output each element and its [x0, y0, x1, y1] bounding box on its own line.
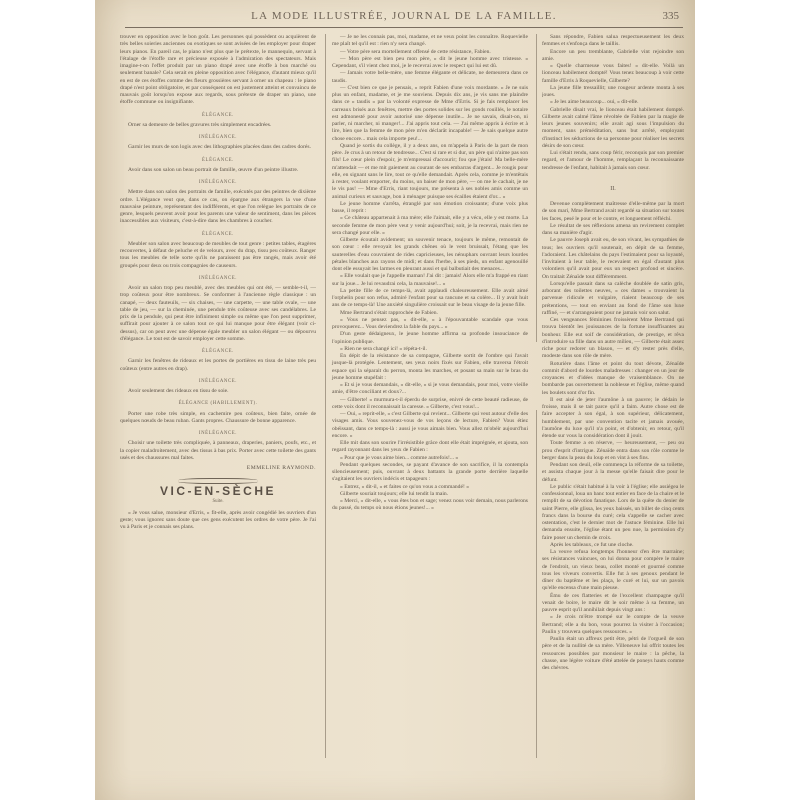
paragraph: Toute femme a en réserve, — heureusement…	[542, 440, 684, 462]
column-divider	[536, 34, 537, 342]
paragraph: Ces vengeances féminines froissèrent Mme…	[542, 317, 684, 361]
paragraph: Gilberte souriait toujours; elle lui ten…	[332, 491, 528, 498]
story-subtitle: Suite.	[120, 498, 316, 505]
paragraph: — Votre père sera mortellement offensé d…	[332, 49, 528, 56]
paragraph: Le public s'était habitué à la voir à l'…	[542, 484, 684, 542]
section-label: ÉLÉGANCE.	[120, 231, 316, 238]
paragraph: « Je crois m'être trompé sur le compte d…	[542, 614, 684, 636]
paragraph: trouver en opposition avec le bon goût. …	[120, 34, 316, 107]
section-label: ÉLÉGANCE.	[120, 157, 316, 164]
paragraph: Mme Bertrand s'était rapprochée de Fabie…	[332, 310, 528, 317]
paragraph: Garnir les fenêtres de rideaux et les po…	[120, 358, 316, 373]
page-number: 335	[663, 10, 680, 22]
paragraph: Porter une robe très simple, en cachemir…	[120, 411, 316, 426]
paragraph: Choisir une toilette très compliquée, à …	[120, 440, 316, 462]
header-rule	[125, 27, 683, 28]
paragraph: « Rien ne sera changé ici! » répéta-t-il…	[332, 346, 528, 353]
paragraph: — Gilberte! » murmura-t-il éperdu de sur…	[332, 397, 528, 412]
author-signature: EMMELINE RAYMOND.	[120, 465, 316, 472]
paragraph: Gabrielle disait vrai, le lionceau était…	[542, 107, 684, 151]
column-divider	[536, 410, 537, 758]
paragraph: Encore un peu tremblante, Gabrielle vint…	[542, 49, 684, 64]
section-label: ÉLÉGANCE.	[120, 348, 316, 355]
paragraph: Le jeune homme s'arrêta, étranglé par so…	[332, 201, 528, 216]
chapter-text: Devenue complètement maîtresse d'elle-mê…	[542, 201, 684, 672]
paragraph: — Oui, » reprit-elle, « c'est Gilberte q…	[332, 411, 528, 440]
paragraph: Elle mit dans son sourire l'irrésistible…	[332, 440, 528, 455]
paragraph: « Merci, » dit-elle, « vous êtes bon et …	[332, 498, 528, 513]
paragraph: Orner sa demeure de belles gravures très…	[120, 122, 316, 129]
paragraph: Pendant quelques secondes, se payant d'a…	[332, 462, 528, 484]
paragraph: Garnir les murs de son logis avec des li…	[120, 144, 316, 151]
paragraph: La veuve refusa longtemps l'honneur d'en…	[542, 549, 684, 593]
paragraph: « Entrez, » dit-il, « et faites ce qu'on…	[332, 484, 528, 491]
paragraph: — Mon père est bien peu mon père, » dit …	[332, 56, 528, 71]
paragraph: Sans répondre, Fabien salua respectueuse…	[542, 34, 684, 49]
paragraph: Quand je sortis du collège, il y a deux …	[332, 143, 528, 201]
paragraph: Devenue complètement maîtresse d'elle-mê…	[542, 201, 684, 223]
paragraph: Mettre dans son salon des portraits de f…	[120, 189, 316, 225]
section-label: INÉLÉGANCE.	[120, 134, 316, 141]
paragraph: Lorsqu'elle passait dans sa calèche doub…	[542, 281, 684, 317]
section-label: INÉLÉGANCE.	[120, 179, 316, 186]
paragraph: — Jamais votre belle-mère, une femme élé…	[332, 70, 528, 85]
paragraph: — C'est bien ce que je pensais, » reprit…	[332, 85, 528, 143]
chapter-number: II.	[542, 186, 684, 193]
paragraph: La jeune fille tressaillit; une rougeur …	[542, 85, 684, 100]
column-divider	[325, 34, 326, 758]
paragraph: « Ce château appartenait à ma mère; elle…	[332, 215, 528, 237]
paragraph: « Et si je vous demandais, » dit-elle, «…	[332, 382, 528, 397]
paragraph: Le pauvre Joseph avait eu, de son vivant…	[542, 237, 684, 281]
paragraph: — Je ne les connais pas, moi, madame, et…	[332, 34, 528, 49]
paragraph: Paulin était un affreux petit être, pétr…	[542, 636, 684, 672]
paragraph: Avoir dans son salon un beau portrait de…	[120, 167, 316, 174]
paragraph: « Vous ne pensez pas, » dit-elle, « à l'…	[332, 317, 528, 332]
paragraph: La petite fille de ce temps-là, avait ap…	[332, 288, 528, 310]
column-2: — Je ne les connais pas, moi, madame, et…	[332, 34, 528, 513]
column-3: Sans répondre, Fabien salua respectueuse…	[542, 34, 684, 672]
section-label: INÉLÉGANCE.	[120, 378, 316, 385]
section-label: INÉLÉGANCE.	[120, 430, 316, 437]
paragraph: Après les tableaux, ce fut une cloche.	[542, 542, 684, 549]
paragraph: Ému de ces flatteries et de l'excellent …	[542, 593, 684, 615]
paragraph: Avoir un salon trop peu meublé, avec des…	[120, 285, 316, 343]
story-title: VIC-EN-SÈCHE	[120, 488, 316, 495]
section-label: ÉLÉGANCE.	[120, 112, 316, 119]
paragraph: Il est aisé de jeter l'aumône à un pauvr…	[542, 397, 684, 441]
column-1: trouver en opposition avec le bon goût. …	[120, 34, 316, 532]
paragraph: Avoir seulement des rideaux en tissu de …	[120, 388, 316, 395]
paragraph: « Quelle charmeuse vous faites! » dit-el…	[542, 63, 684, 85]
paragraph: Le résultat de ses réflexions amena un r…	[542, 223, 684, 238]
running-title: LA MODE ILLUSTRÉE, JOURNAL DE LA FAMILLE…	[125, 10, 683, 24]
paragraph: Pendant son deuil, elle commença la réfo…	[542, 462, 684, 484]
magazine-page: LA MODE ILLUSTRÉE, JOURNAL DE LA FAMILLE…	[95, 0, 695, 800]
paragraph: « Elle voulait que je l'appelle maman! J…	[332, 273, 528, 288]
paragraph: Roturière dans l'âme et point du tout dé…	[542, 361, 684, 397]
section-label: ÉLÉGANCE (HABILLEMENT).	[120, 400, 316, 407]
etiquette-sections: ÉLÉGANCE.Orner sa demeure de belles grav…	[120, 112, 316, 463]
paragraph: D'un geste dédaigneux, le jeune homme af…	[332, 331, 528, 346]
paragraph: Gilberte écoutait avidement; un souvenir…	[332, 237, 528, 273]
paragraph: « Je les aime beaucoup... oui, » dit-ell…	[542, 99, 684, 106]
paragraph: « Je vous salue, monsieur d'Erris, » fit…	[120, 510, 316, 532]
paragraph: « Pour que je vous aime bien... comme au…	[332, 455, 528, 462]
section-label: INÉLÉGANCE.	[120, 275, 316, 282]
story-continuation: Sans répondre, Fabien salua respectueuse…	[542, 34, 684, 172]
paragraph: Lui s'était rendu, sans coup férir, reco…	[542, 150, 684, 172]
paragraph: Meubler son salon avec beaucoup de meubl…	[120, 241, 316, 270]
paragraph: En dépit de la résistance de sa compagne…	[332, 353, 528, 382]
